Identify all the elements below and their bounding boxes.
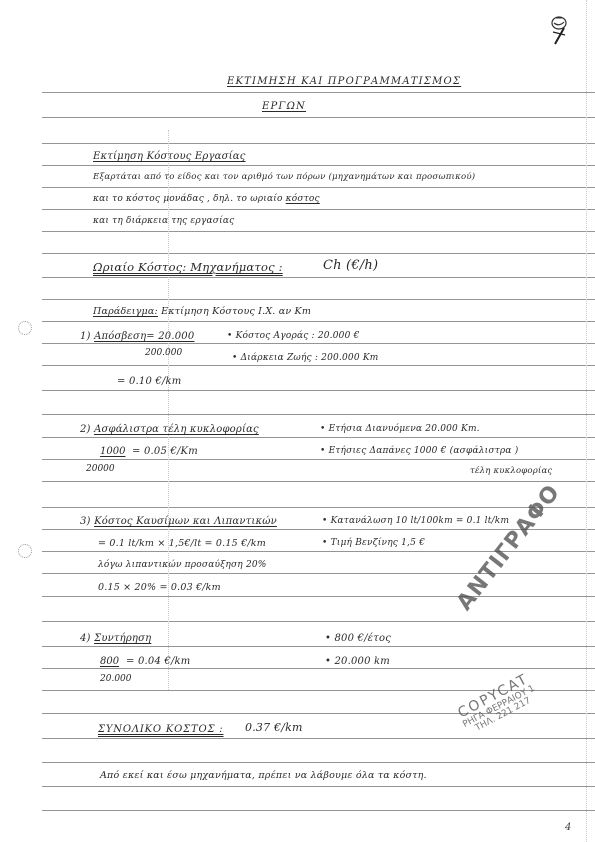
page-subtitle: ΕΡΓΩΝ: [262, 101, 306, 112]
section-heading: Εκτίμηση Κόστους Εργασίας: [93, 151, 246, 162]
ruled-line: [42, 596, 595, 597]
item-4-note: • 800 €/έτος: [325, 633, 391, 644]
intro-line: και τη διάρκεια της εργασίας: [93, 216, 234, 226]
item-2-note: • Ετήσια Διανυόμενα 20.000 Km.: [320, 424, 480, 434]
ruled-line: [42, 209, 595, 210]
total-value: 0.37 €/km: [245, 721, 303, 734]
ruled-line: [42, 187, 595, 188]
ruled-line: [42, 459, 595, 460]
ruled-line: [42, 810, 595, 811]
item-2-note: • Ετήσιες Δαπάνες 1000 € (ασφάλιστρα ): [320, 446, 518, 456]
item-2-numerator: 1000: [100, 446, 125, 457]
item-3-title: 3) Κόστος Καυσίμων και Λιπαντικών: [80, 516, 277, 527]
item-3-calc: λόγω λιπαντικών προσαύξηση 20%: [98, 560, 267, 570]
ruled-line: [42, 621, 595, 622]
total-label: ΣΥΝΟΛΙΚΟ ΚΟΣΤΟΣ :: [98, 724, 223, 735]
ruled-line: [42, 738, 595, 739]
ruled-line: [42, 414, 595, 415]
item-4-denominator: 20.000: [100, 674, 132, 684]
ruled-line: [42, 437, 595, 438]
ruled-line: [42, 646, 595, 647]
item-1-result: = 0.10 €/km: [117, 376, 181, 387]
page-title: ΕΚΤΙΜΗΣΗ ΚΑΙ ΠΡΟΓΡΑΜΜΑΤΙΣΜΟΣ: [227, 76, 461, 87]
example-label: Παράδειγμα:: [93, 306, 158, 317]
signature-mark-icon: [548, 14, 570, 46]
ruled-line: [42, 365, 595, 366]
item-3-calc: = 0.1 lt/km × 1,5€/lt = 0.15 €/km: [98, 538, 266, 549]
item-4-title: 4) Συντήρηση: [80, 633, 151, 644]
intro-line: και το κόστος μονάδας , δηλ. το ωριαίο κ…: [93, 194, 320, 204]
intro-text: και το κόστος μονάδας , δηλ. το ωριαίο: [93, 194, 283, 204]
item-1-note: • Διάρκεια Ζωής : 200.000 Km: [232, 353, 378, 363]
ruled-line: [42, 573, 595, 574]
ruled-line: [42, 481, 595, 482]
item-1-title: 1) Απόσβεση= 20.000: [80, 331, 194, 342]
punch-hole: [18, 321, 32, 335]
scanned-page: ΕΚΤΙΜΗΣΗ ΚΑΙ ΠΡΟΓΡΑΜΜΑΤΙΣΜΟΣ ΕΡΓΩΝ Εκτίμ…: [0, 0, 595, 842]
hourly-cost-label: Ωριαίο Κόστος: Μηχανήματος :: [93, 260, 283, 274]
page-number: 4: [565, 822, 571, 833]
punch-hole: [18, 544, 32, 558]
ruled-line: [42, 507, 595, 508]
copyshop-stamp: COPYCAT ΡΗΓΑ ΦΕΡΡΑΙΟΥ 1 ΤΗΛ. 221 217: [455, 671, 541, 738]
item-1-note: • Κόστος Αγοράς : 20.000 €: [227, 331, 360, 341]
ruled-line: [42, 231, 595, 232]
item-2-result: = 0.05 €/Km: [132, 446, 198, 457]
ruled-line: [42, 390, 595, 391]
ruled-line: [42, 321, 595, 322]
item-4-result: = 0.04 €/km: [126, 656, 190, 667]
ruled-line: [42, 253, 595, 254]
margin-line: [168, 130, 169, 690]
ruled-line: [42, 343, 595, 344]
item-3-note: • Τιμή Βενζίνης 1,5 €: [322, 538, 425, 548]
item-3-note: • Κατανάλωση 10 lt/100km = 0.1 lt/km: [322, 516, 509, 526]
intro-line: Εξαρτάται από το είδος και τον αριθμό τω…: [93, 172, 475, 182]
ruled-line: [42, 117, 595, 118]
example-heading: Παράδειγμα: Εκτίμηση Κόστους Ι.Χ. αν Km: [93, 306, 311, 317]
intro-text-underlined: κόστος: [286, 194, 320, 204]
closing-note: Από εκεί και έσω μηχανήματα, πρέπει να λ…: [100, 770, 427, 781]
hourly-cost-formula: Ch (€/h): [323, 258, 378, 273]
item-2-denominator: 20000: [86, 464, 115, 474]
example-title: Εκτίμηση Κόστους Ι.Χ. αν Km: [161, 306, 311, 317]
ruled-line: [42, 299, 595, 300]
item-3-calc: 0.15 × 20% = 0.03 €/km: [98, 582, 221, 593]
ruled-line: [42, 92, 595, 93]
page-edge: [586, 0, 588, 842]
item-2-note: τέλη κυκλοφορίας: [470, 466, 552, 476]
ruled-line: [42, 143, 595, 144]
ruled-line: [42, 277, 595, 278]
ruled-line: [42, 762, 595, 763]
ruled-line: [42, 165, 595, 166]
ruled-line: [42, 668, 595, 669]
item-2-title: 2) Ασφάλιστρα τέλη κυκλοφορίας: [80, 424, 259, 435]
item-4-numerator: 800: [100, 656, 119, 667]
ruled-line: [42, 786, 595, 787]
item-1-denominator: 200.000: [145, 348, 182, 358]
item-4-note: • 20.000 km: [325, 656, 390, 667]
